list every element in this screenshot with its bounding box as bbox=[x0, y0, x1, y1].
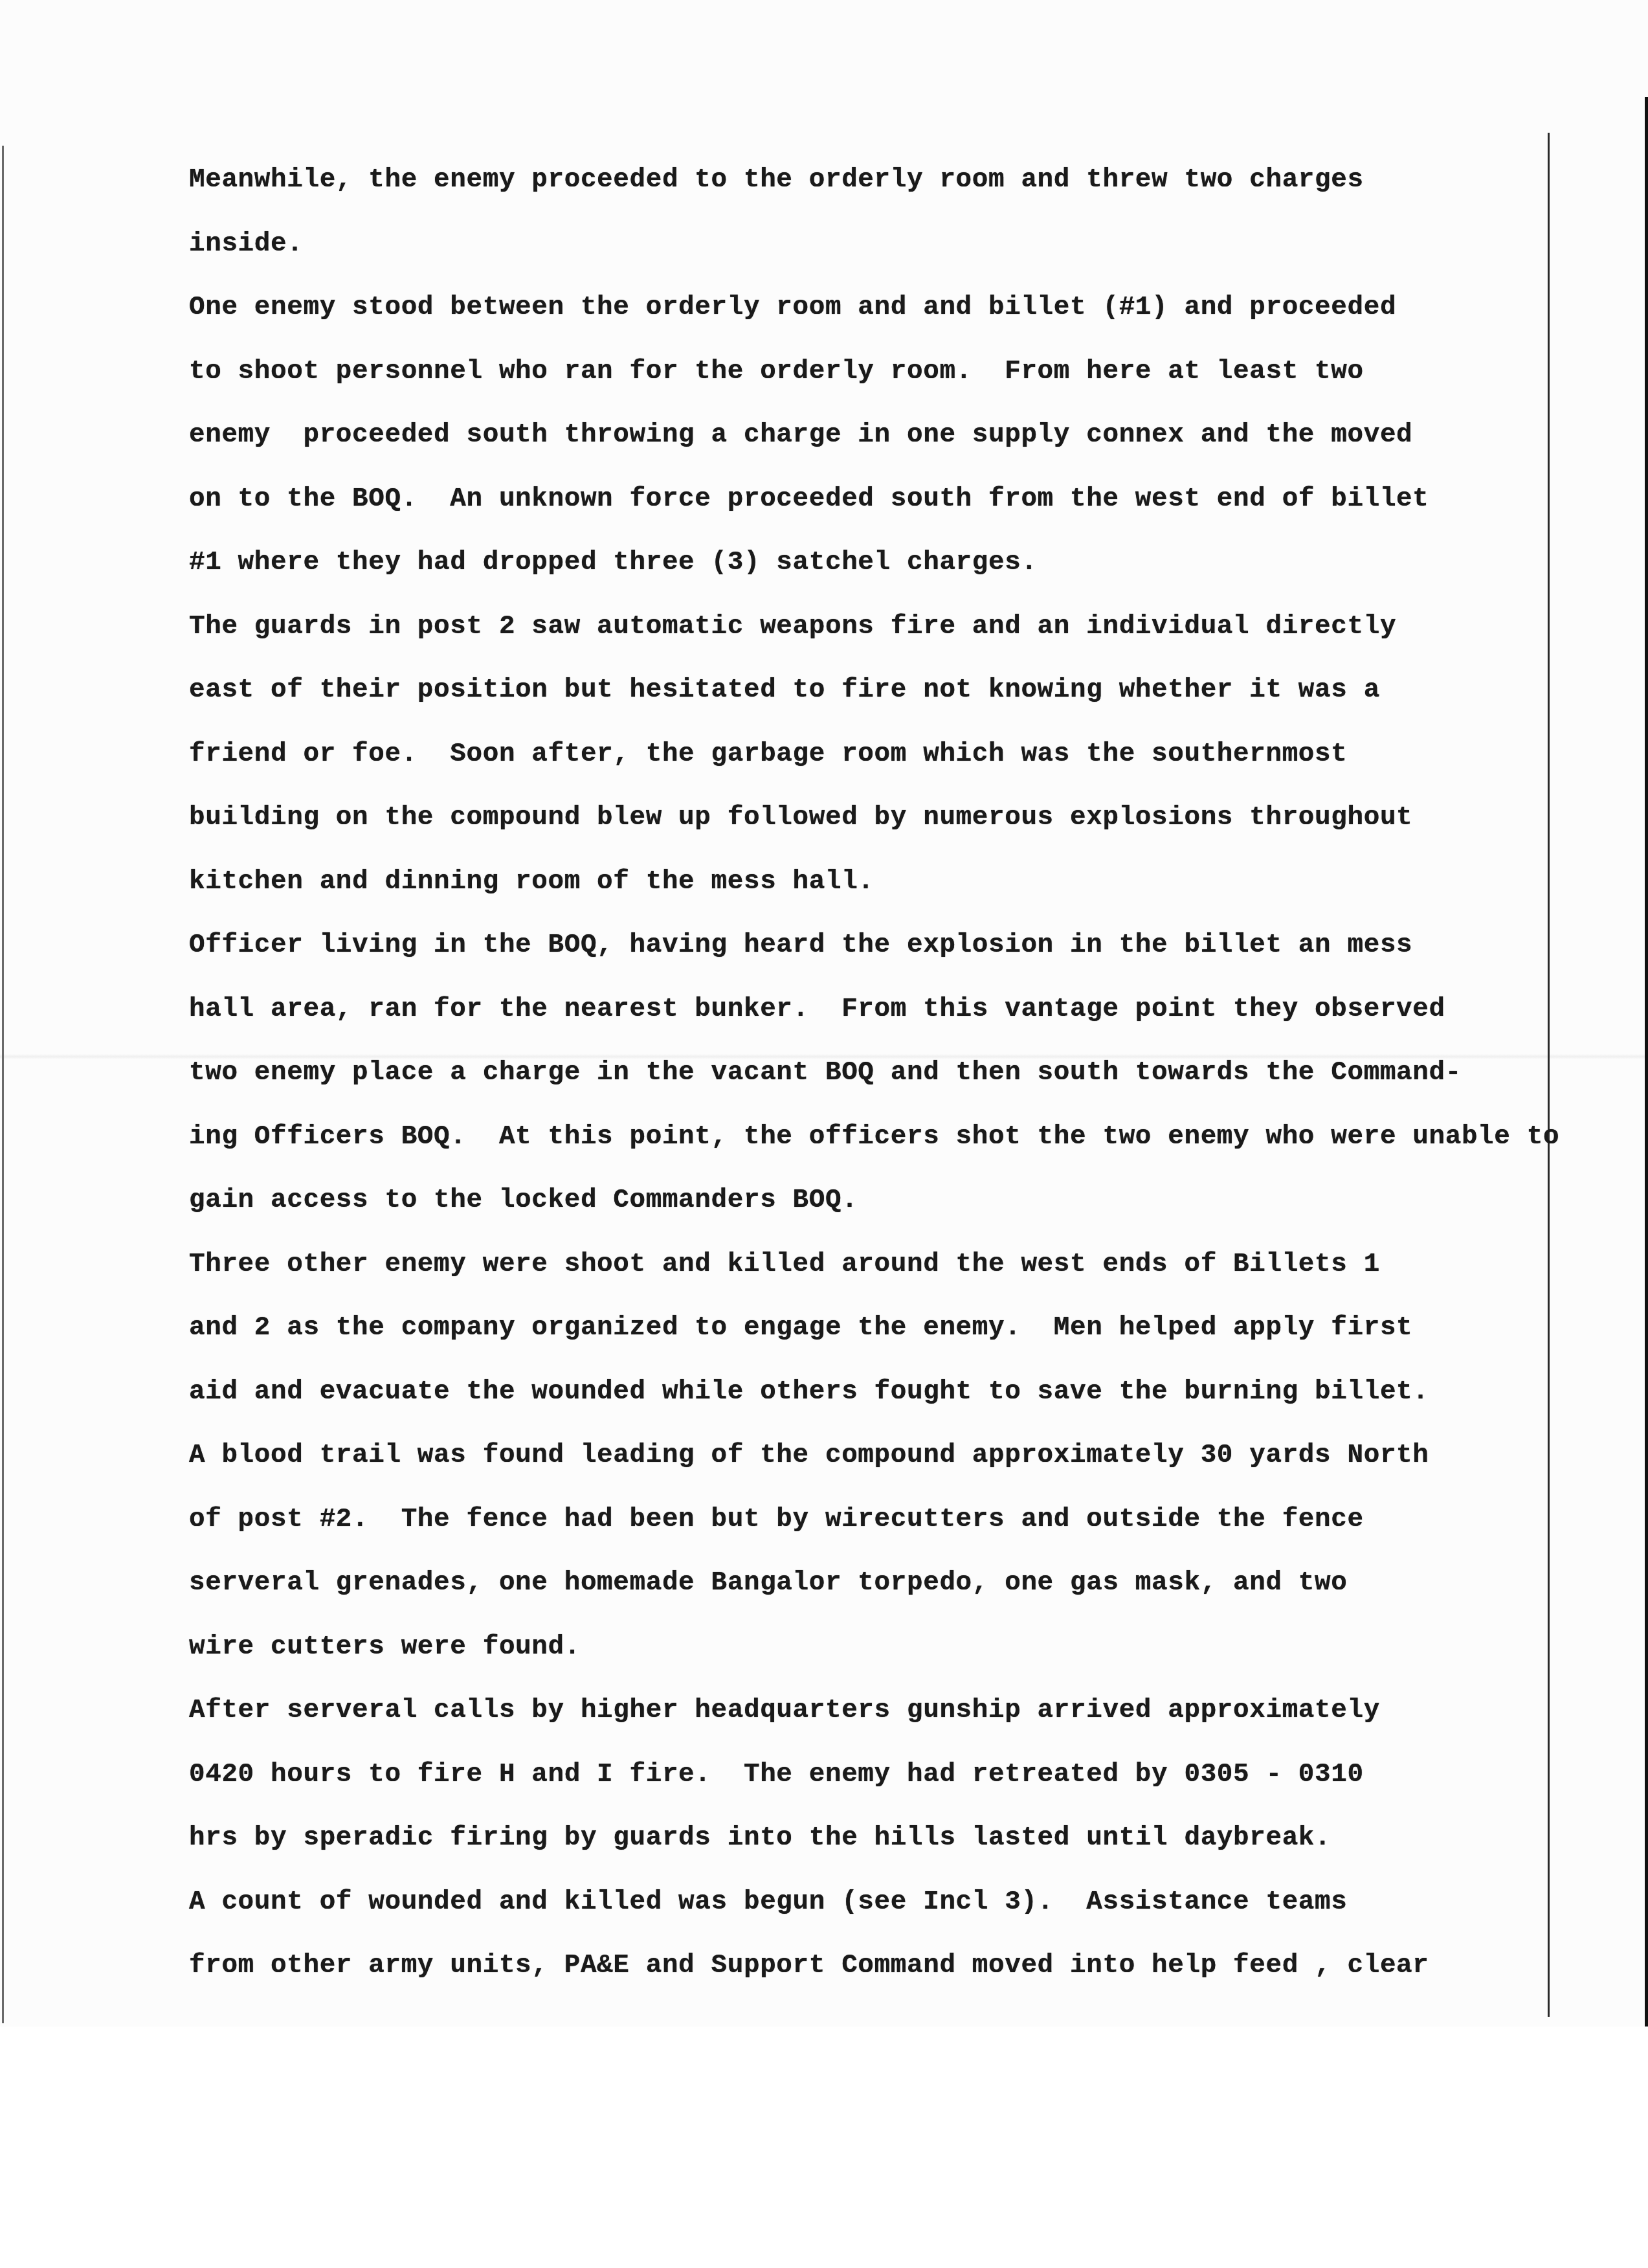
text-line: Officer living in the BOQ, having heard … bbox=[189, 932, 1574, 996]
text-line: Meanwhile, the enemy proceeded to the or… bbox=[189, 167, 1574, 231]
text-line: hrs by speradic firing by guards into th… bbox=[189, 1825, 1574, 1889]
text-line: A blood trail was found leading of the c… bbox=[189, 1443, 1574, 1507]
scan-border-right bbox=[1645, 97, 1648, 2027]
text-line: Three other enemy were shoot and killed … bbox=[189, 1252, 1574, 1316]
text-line: aid and evacuate the wounded while other… bbox=[189, 1379, 1574, 1443]
text-line: from other army units, PA&E and Support … bbox=[189, 1953, 1574, 2017]
text-line: The guards in post 2 saw automatic weapo… bbox=[189, 614, 1574, 678]
text-line: inside. bbox=[189, 231, 1574, 295]
text-line: One enemy stood between the orderly room… bbox=[189, 295, 1574, 359]
text-line: of post #2. The fence had been but by wi… bbox=[189, 1507, 1574, 1571]
text-line: and 2 as the company organized to engage… bbox=[189, 1315, 1574, 1379]
page-edge-left bbox=[2, 146, 4, 2023]
text-line: wire cutters were found. bbox=[189, 1634, 1574, 1698]
text-line: friend or foe. Soon after, the garbage r… bbox=[189, 741, 1574, 805]
text-line: ing Officers BOQ. At this point, the off… bbox=[189, 1124, 1574, 1188]
text-line: After serveral calls by higher headquart… bbox=[189, 1698, 1574, 1762]
text-line: serveral grenades, one homemade Bangalor… bbox=[189, 1570, 1574, 1634]
text-line: #1 where they had dropped three (3) satc… bbox=[189, 550, 1574, 614]
text-line: two enemy place a charge in the vacant B… bbox=[189, 1060, 1574, 1124]
text-line: hall area, ran for the nearest bunker. F… bbox=[189, 996, 1574, 1061]
text-line: gain access to the locked Commanders BOQ… bbox=[189, 1187, 1574, 1252]
text-line: kitchen and dinning room of the mess hal… bbox=[189, 869, 1574, 933]
text-line: enemy proceeded south throwing a charge … bbox=[189, 422, 1574, 486]
text-line: on to the BOQ. An unknown force proceede… bbox=[189, 486, 1574, 550]
text-line: east of their position but hesitated to … bbox=[189, 677, 1574, 741]
text-line: building on the compound blew up followe… bbox=[189, 805, 1574, 869]
text-line: to shoot personnel who ran for the order… bbox=[189, 359, 1574, 423]
document-body: Meanwhile, the enemy proceeded to the or… bbox=[189, 167, 1574, 2017]
text-line: 0420 hours to fire H and I fire. The ene… bbox=[189, 1762, 1574, 1826]
text-line: A count of wounded and killed was begun … bbox=[189, 1889, 1574, 1953]
